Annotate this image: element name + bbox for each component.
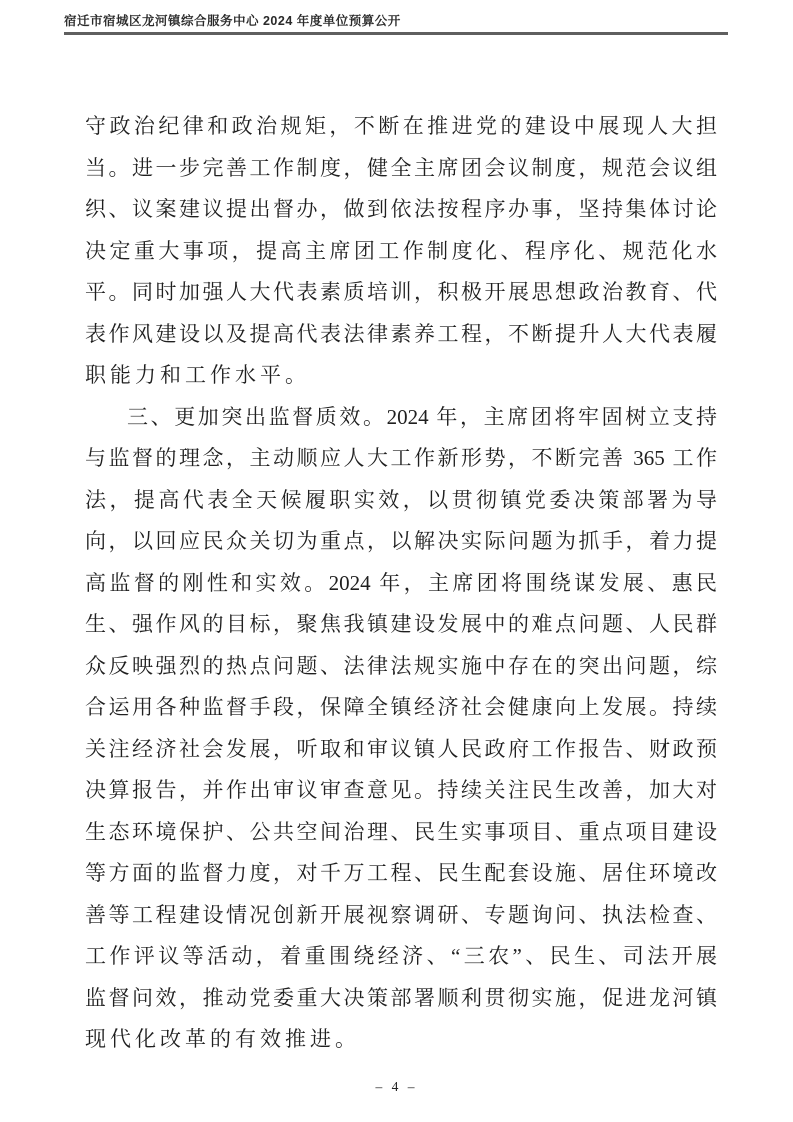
header-title: 宿迁市宿城区龙河镇综合服务中心 2024 年度单位预算公开 bbox=[64, 12, 728, 30]
body-line: 向，以回应民众关切为重点，以解决实际问题为抓手，着力提 bbox=[85, 521, 717, 563]
body-line: 善等工程建设情况创新开展视察调研、专题询问、执法检查、 bbox=[85, 895, 717, 937]
document-footer: – 4 – bbox=[0, 1078, 793, 1096]
body-line: 决定重大事项，提高主席团工作制度化、程序化、规范化水 bbox=[85, 231, 717, 273]
body-line: 守政治纪律和政治规矩，不断在推进党的建设中展现人大担 bbox=[85, 106, 717, 148]
body-line: 众反映强烈的热点问题、法律法规实施中存在的突出问题，综 bbox=[85, 646, 717, 688]
body-line: 三、更加突出监督质效。2024 年，主席团将牢固树立支持 bbox=[85, 397, 717, 439]
body-line: 职能力和工作水平。 bbox=[85, 355, 717, 397]
body-line: 关注经济社会发展，听取和审议镇人民政府工作报告、财政预 bbox=[85, 729, 717, 771]
body-line: 工作评议等活动，着重围绕经济、“三农”、民生、司法开展 bbox=[85, 936, 717, 978]
body-line: 监督问效，推动党委重大决策部署顺利贯彻实施，促进龙河镇 bbox=[85, 978, 717, 1020]
document-body: 守政治纪律和政治规矩，不断在推进党的建设中展现人大担当。进一步完善工作制度，健全… bbox=[85, 106, 717, 1061]
body-line: 平。同时加强人大代表素质培训，积极开展思想政治教育、代 bbox=[85, 272, 717, 314]
body-line: 生态环境保护、公共空间治理、民生实事项目、重点项目建设 bbox=[85, 812, 717, 854]
body-line: 决算报告，并作出审议审查意见。持续关注民生改善，加大对 bbox=[85, 770, 717, 812]
page-number: – 4 – bbox=[376, 1079, 418, 1094]
body-line: 现代化改革的有效推进。 bbox=[85, 1019, 717, 1061]
body-line: 表作风建设以及提高代表法律素养工程，不断提升人大代表履 bbox=[85, 314, 717, 356]
body-line: 当。进一步完善工作制度，健全主席团会议制度，规范会议组 bbox=[85, 148, 717, 190]
body-line: 织、议案建议提出督办，做到依法按程序办事，坚持集体讨论 bbox=[85, 189, 717, 231]
document-header: 宿迁市宿城区龙河镇综合服务中心 2024 年度单位预算公开 bbox=[64, 12, 728, 35]
body-line: 高监督的刚性和实效。2024 年，主席团将围绕谋发展、惠民 bbox=[85, 563, 717, 605]
body-line: 等方面的监督力度，对千万工程、民生配套设施、居住环境改 bbox=[85, 853, 717, 895]
body-line: 与监督的理念，主动顺应人大工作新形势，不断完善 365 工作 bbox=[85, 438, 717, 480]
body-line: 生、强作风的目标，聚焦我镇建设发展中的难点问题、人民群 bbox=[85, 604, 717, 646]
body-line: 合运用各种监督手段，保障全镇经济社会健康向上发展。持续 bbox=[85, 687, 717, 729]
body-line: 法，提高代表全天候履职实效，以贯彻镇党委决策部署为导 bbox=[85, 480, 717, 522]
header-rule bbox=[64, 32, 728, 35]
document-page: 宿迁市宿城区龙河镇综合服务中心 2024 年度单位预算公开 守政治纪律和政治规矩… bbox=[0, 0, 793, 1122]
